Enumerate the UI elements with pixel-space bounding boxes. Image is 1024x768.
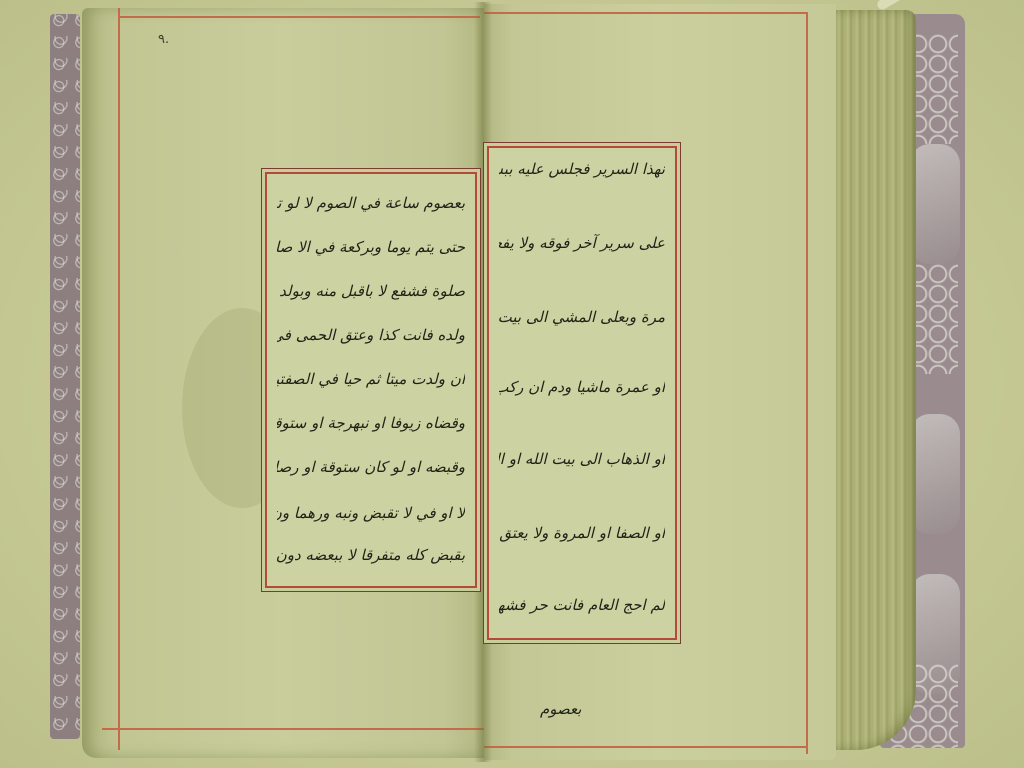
folio-number: ٩. <box>158 32 169 47</box>
text-line: ولده فانت كذا وعتق الحمى في ان ولدت ولدا <box>277 326 465 344</box>
margin-rule <box>484 12 806 14</box>
text-line: او الذهاب الى بيت الله او المشي الى الحر… <box>499 450 665 468</box>
text-line: صلوة فشفع لا باقبل منه وبولد ميت ان <box>277 282 465 300</box>
right-text-block: نهذا السرير فجلس عليه ببساط فوقه بخلاف ج… <box>487 146 677 640</box>
text-line: لم احج العام فانت حر فشهدا نحره بكوفة حن… <box>499 596 665 614</box>
text-line: بقبض كله متفرقا لا ببعضه دون باقيه وكله … <box>277 546 465 564</box>
margin-rule <box>118 16 480 18</box>
text-line: بعصوم ساعة في الصوم لا لو تخم يوما او صو… <box>277 194 465 212</box>
margin-rule <box>806 12 808 754</box>
text-line: حتى يتم يوما وبركعة في الا صلى الا ابعاد… <box>277 238 465 256</box>
margin-rule <box>102 728 484 730</box>
page-block-edges <box>836 10 916 750</box>
left-text-block: بعصوم ساعة في الصوم لا لو تخم يوما او صو… <box>265 172 477 588</box>
margin-rule <box>484 746 808 748</box>
text-line: نهذا السرير فجلس عليه ببساط فوقه بخلاف ج… <box>499 160 665 178</box>
text-line: ان ولدت ميتا ثم حيا في الصفتين ويه اليوم <box>277 370 465 388</box>
catchword: بعصوم <box>540 700 581 718</box>
margin-rule <box>118 8 120 750</box>
text-line: مرة وبعلى المشي الى بيت الله او الى الكع… <box>499 308 665 326</box>
text-line: او عمرة ماشيا ودم ان ركب ولا شي بعلي الخ… <box>499 378 665 396</box>
text-line: وقضاه زيوفا او نبهرجة او ستوقة او باعه ش… <box>277 414 465 432</box>
text-line: او الصفا او المروة ولا يعتق عبد الذي قيل… <box>499 524 665 542</box>
text-line: على سرير آخر فوقه ولا يفعله يقع على الاب… <box>499 234 665 252</box>
text-line: وقبضه او لو كان ستوقة او رصاصا او وابه ل… <box>277 458 465 476</box>
text-line: لا او في لا تقبض ونبه ورهما ون ورهم حنث <box>277 504 465 522</box>
